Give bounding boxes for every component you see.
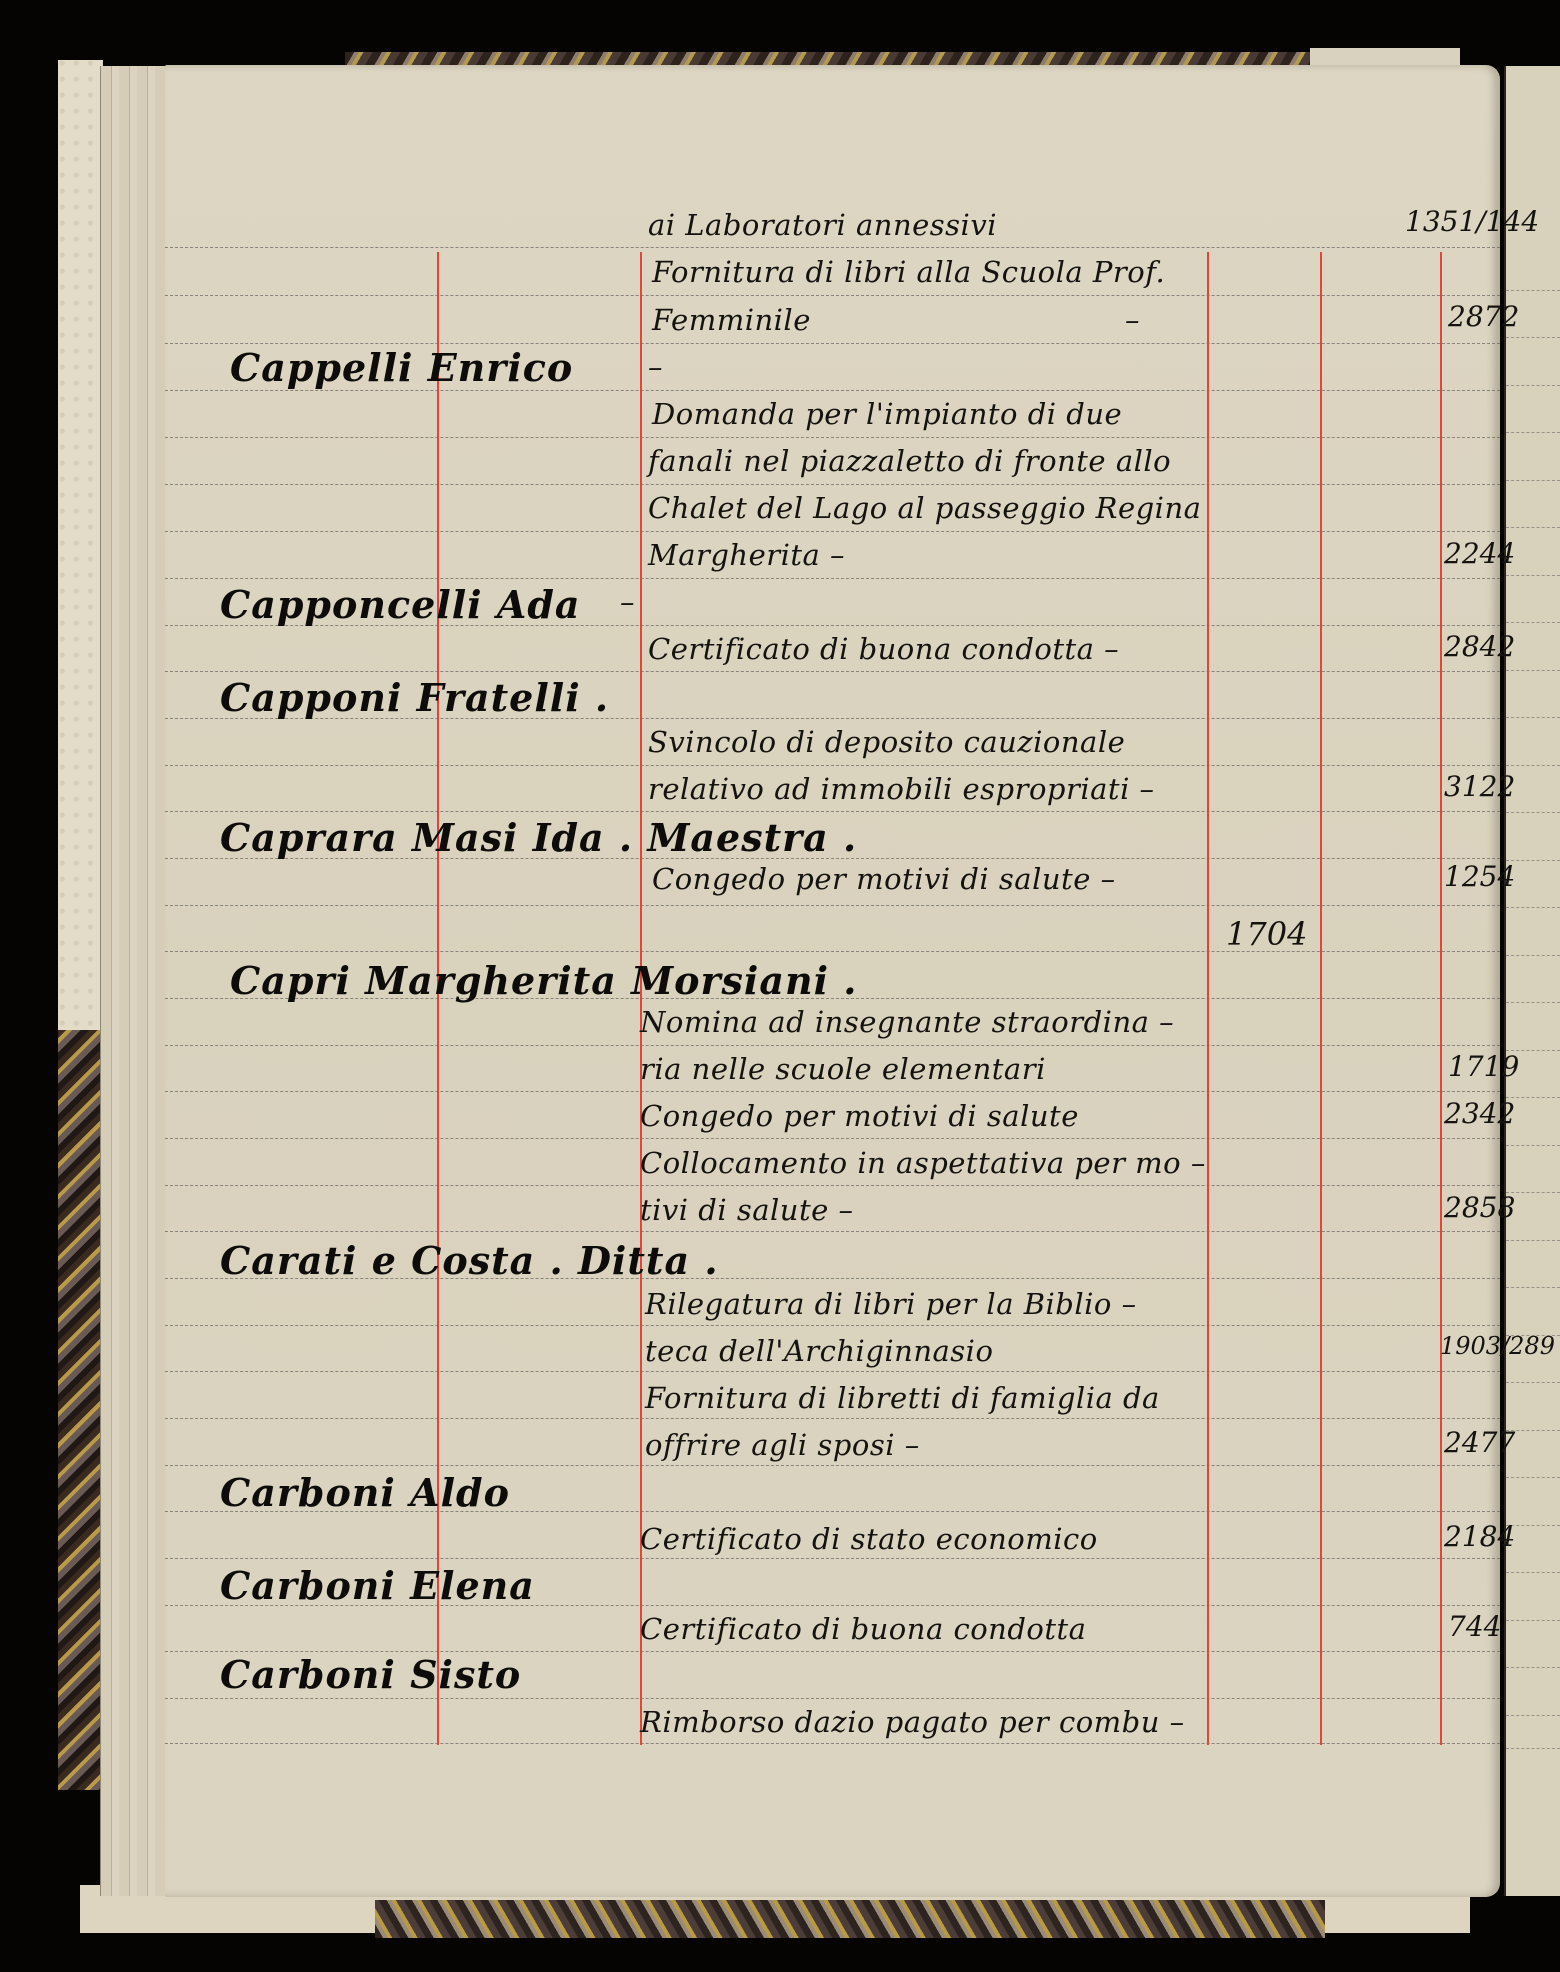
- entry-name: Capri Margherita Morsiani .: [230, 958, 857, 1003]
- dash: –: [648, 350, 663, 384]
- subject-line: Congedo per motivi di salute: [640, 1099, 1079, 1133]
- ref-number: 2842: [1444, 630, 1515, 663]
- ref-number: 1351/144: [1405, 205, 1539, 238]
- subject-line: Certificato di buona condotta: [640, 1612, 1086, 1646]
- entry-name: Carati e Costa . Ditta .: [220, 1238, 719, 1283]
- ref-number: 3122: [1444, 770, 1515, 803]
- ref-number: 1254: [1444, 860, 1515, 893]
- subject-line: teca dell'Archiginnasio: [645, 1334, 993, 1368]
- ref-number: 1903/289: [1440, 1332, 1555, 1360]
- book-cover-marbled-bottom: [375, 1900, 1325, 1938]
- entry-name: Capponi Fratelli .: [220, 675, 609, 720]
- subject-line: Certificato di stato economico: [640, 1522, 1098, 1556]
- subject-line: Collocamento in aspettativa per mo –: [640, 1146, 1206, 1180]
- ref-number: 744: [1448, 1610, 1501, 1643]
- subject-line: ai Laboratori annessivi: [648, 208, 997, 242]
- adjacent-page: [1504, 66, 1560, 1896]
- subject-line: Rimborso dazio pagato per combu –: [640, 1705, 1185, 1739]
- red-rule-ref: [1440, 252, 1442, 1745]
- subject-line: offrire agli sposi –: [645, 1428, 920, 1462]
- dash: –: [620, 585, 635, 619]
- ref-number: 2342: [1444, 1097, 1515, 1130]
- book-cover-marbled-left: [58, 1030, 103, 1790]
- dash: –: [1125, 303, 1140, 337]
- entry-name: Carboni Aldo: [220, 1470, 510, 1515]
- subject-line: Domanda per l'impianto di due: [652, 397, 1122, 431]
- page-stack-edges: [100, 66, 171, 1896]
- ref-number: 1719: [1448, 1050, 1519, 1083]
- ref-number: 2244: [1444, 537, 1515, 570]
- entry-name: Caprara Masi Ida . Maestra .: [220, 815, 857, 860]
- subject-line: Congedo per motivi di salute –: [652, 862, 1116, 896]
- subject-line: fanali nel piazzaletto di fronte allo: [648, 444, 1171, 478]
- subject-line: tivi di salute –: [640, 1193, 854, 1227]
- subject-line: Femminile: [652, 303, 811, 337]
- red-rule-col-b: [1320, 252, 1322, 1745]
- subject-line: Nomina ad insegnante straordina –: [640, 1005, 1174, 1039]
- col-a-number: 1704: [1226, 915, 1307, 953]
- ref-number: 2872: [1448, 300, 1519, 333]
- entry-name: Carboni Elena: [220, 1563, 535, 1608]
- subject-line: Rilegatura di libri per la Biblio –: [645, 1287, 1137, 1321]
- subject-line: Chalet del Lago al passeggio Regina: [648, 491, 1201, 525]
- subject-line: Svincolo di deposito cauzionale: [648, 725, 1125, 759]
- subject-line: Fornitura di libretti di famiglia da: [645, 1381, 1160, 1415]
- subject-line: ria nelle scuole elementari: [640, 1052, 1046, 1086]
- subject-line: relativo ad immobili espropriati –: [648, 772, 1155, 806]
- book-cover-left: [58, 60, 103, 1032]
- subject-line: Margherita –: [648, 538, 845, 572]
- entry-name: Cappelli Enrico: [230, 345, 573, 390]
- red-rule-col-a: [1207, 252, 1209, 1745]
- entry-name: Carboni Sisto: [220, 1652, 521, 1697]
- ref-number: 2858: [1444, 1191, 1515, 1224]
- ref-number: 2477: [1444, 1426, 1515, 1459]
- subject-line: Fornitura di libri alla Scuola Prof.: [652, 255, 1165, 289]
- subject-line: Certificato di buona condotta –: [648, 632, 1119, 666]
- entry-name: Capponcelli Ada: [220, 582, 581, 627]
- ref-number: 2184: [1444, 1520, 1515, 1553]
